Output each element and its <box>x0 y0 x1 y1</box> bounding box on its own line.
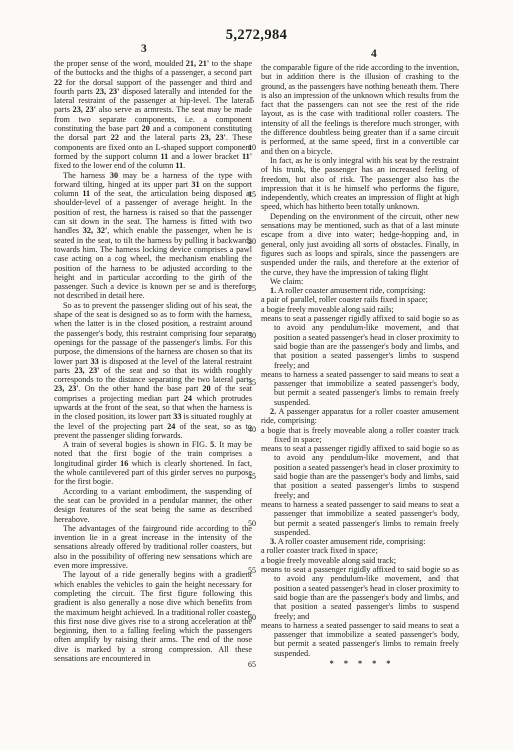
claim-clause: means to harness a seated passenger to s… <box>261 500 459 537</box>
claims-end-stars: * * * * * <box>261 659 459 668</box>
paragraph: So as to prevent the passenger sliding o… <box>54 301 252 440</box>
claim-clause: a pair of parallel, roller coaster rails… <box>261 295 459 304</box>
paragraph: 2. A passenger apparatus for a roller co… <box>261 407 459 426</box>
paragraph: 1. A roller coaster amusement ride, comp… <box>261 286 459 295</box>
patent-page: 5,272,984 3 4 5101520253035404550556065 … <box>0 0 513 750</box>
paragraph: The advantages of the fairground ride ac… <box>54 524 252 570</box>
paragraph: A train of several bogies is shown in FI… <box>54 440 252 486</box>
paragraph: The layout of a ride generally begins wi… <box>54 570 252 663</box>
claim-clause: means to seat a passenger rigidly affixe… <box>261 444 459 500</box>
paragraph: 3. A roller coaster amusement ride, comp… <box>261 537 459 546</box>
paragraph: The harness 30 may be a harness of the t… <box>54 171 252 301</box>
left-text-column: the proper sense of the word, moulded 21… <box>54 59 252 663</box>
right-text-column: the comparable figure of the ride accord… <box>261 63 459 668</box>
claim-clause: a bogie freely moveable along said rails… <box>261 305 459 314</box>
claim-clause: a bogie that is freely moveable along a … <box>261 426 459 445</box>
column-number-right: 4 <box>371 48 377 60</box>
paragraph: According to a variant embodiment, the s… <box>54 487 252 524</box>
claim-clause: means to seat a passenger rigidly affixe… <box>261 314 459 370</box>
claim-clause: a bogie freely moveable along said track… <box>261 556 459 565</box>
claim-clause: means to harness a seated passenger to s… <box>261 621 459 658</box>
paragraph: In fact, as he is only integral with his… <box>261 156 459 212</box>
paragraph: We claim: <box>261 277 459 286</box>
claim-clause: means to seat a passenger rigidly affixe… <box>261 565 459 621</box>
claim-clause: a roller coaster track fixed in space; <box>261 546 459 555</box>
claim-clause: means to harness a seated passenger to s… <box>261 370 459 407</box>
column-number-left: 3 <box>141 43 147 55</box>
paragraph-continuation: the comparable figure of the ride accord… <box>261 63 459 156</box>
paragraph-continuation: the proper sense of the word, moulded 21… <box>54 59 252 171</box>
paragraph: Depending on the environment of the circ… <box>261 212 459 277</box>
